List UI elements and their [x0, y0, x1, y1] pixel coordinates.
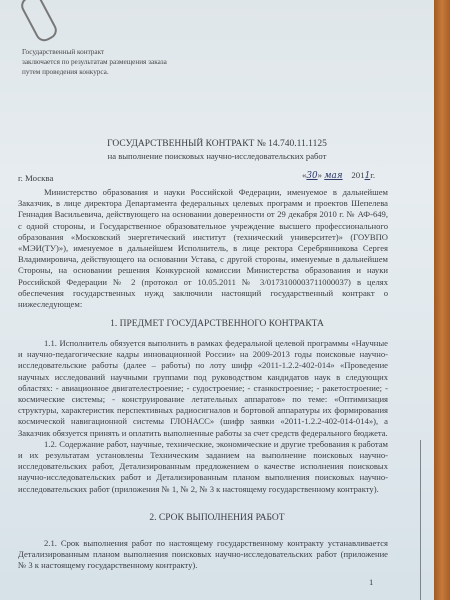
- clause-1-1: 1.1. Исполнитель обязуется выполнить в р…: [18, 338, 388, 439]
- date-month-handwritten: мая: [324, 171, 342, 181]
- preamble: Министерство образования и науки Российс…: [18, 187, 388, 310]
- procurement-note-line: заключается по результатам размещения за…: [22, 57, 167, 67]
- procurement-note-line: путем проведения конкурса.: [22, 67, 167, 77]
- date-quote-close: »: [318, 170, 322, 180]
- contract-date: «30» мая 2011г.: [302, 170, 375, 181]
- section-1-body: 1.1. Исполнитель обязуется выполнить в р…: [18, 338, 388, 495]
- document-page: Государственный контракт заключается по …: [0, 0, 434, 600]
- section-heading: 1. ПРЕДМЕТ ГОСУДАРСТВЕННОГО КОНТРАКТА: [0, 319, 434, 329]
- page-number: 1: [369, 577, 373, 587]
- date-day-handwritten: 30: [306, 171, 317, 181]
- date-suffix: г.: [370, 170, 375, 180]
- page-edge-divider: [420, 440, 421, 600]
- contract-city: г. Москва: [18, 173, 53, 183]
- table-surface: [434, 0, 450, 600]
- contract-title: ГОСУДАРСТВЕННЫЙ КОНТРАКТ № 14.740.11.112…: [0, 139, 434, 149]
- procurement-note-line: Государственный контракт: [22, 47, 167, 57]
- clause-1-2: 1.2. Содержание работ, научные, техничес…: [18, 439, 388, 495]
- preamble-text: Министерство образования и науки Российс…: [18, 187, 388, 310]
- procurement-note: Государственный контракт заключается по …: [22, 47, 167, 77]
- contract-subtitle: на выполнение поисковых научно-исследова…: [0, 151, 434, 161]
- clause-2-1: 2.1. Срок выполнения работ по настоящему…: [18, 538, 388, 572]
- date-year-prefix: 201: [351, 170, 364, 180]
- section-heading: 2. СРОК ВЫПОЛНЕНИЯ РАБОТ: [0, 513, 434, 523]
- paper-clip-icon: [18, 0, 60, 44]
- section-2-body: 2.1. Срок выполнения работ по настоящему…: [18, 538, 388, 572]
